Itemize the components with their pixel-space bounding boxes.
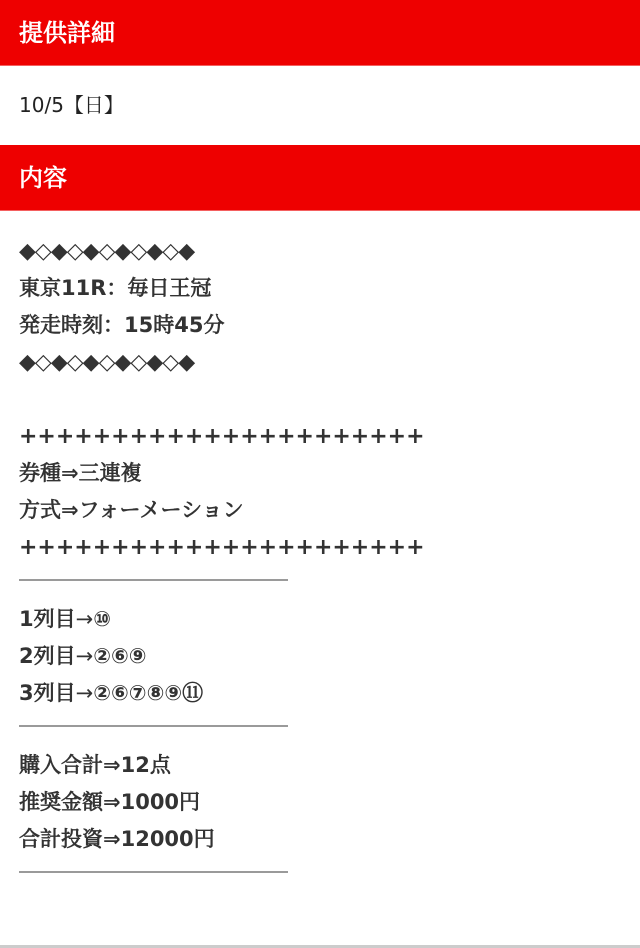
arrow-right-icon: → <box>76 607 94 631</box>
row-picks: ②⑥⑦⑧⑨⑪ <box>93 681 203 705</box>
bet-type: 券種⇒三連複 <box>19 455 640 492</box>
recommended-amount: 推奨金額⇒1000円 <box>19 784 640 821</box>
diamond-divider-top: ◆◇◆◇◆◇◆◇◆◇◆ <box>19 233 640 270</box>
details-header-title: 提供詳細 <box>19 19 115 47</box>
diamond-divider-bottom: ◆◇◆◇◆◇◆◇◆◇◆ <box>19 344 640 381</box>
plus-divider-top: ++++++++++++++++++++++ <box>19 418 640 455</box>
total-investment: 合計投資⇒12000円 <box>19 821 640 858</box>
row-label: 3列目 <box>19 681 76 705</box>
race-name: 東京11R：毎日王冠 <box>19 270 640 307</box>
content-header-title: 内容 <box>19 164 67 192</box>
arrow-right-icon: → <box>76 644 94 668</box>
row-picks: ②⑥⑨ <box>93 644 146 668</box>
date-text: 10/5【日】 <box>19 93 124 117</box>
formation-row-2: 2列目→②⑥⑨ <box>19 638 640 675</box>
spacer <box>19 381 640 418</box>
bet-method: 方式⇒フォーメーション <box>19 492 640 529</box>
row-picks: ⑩ <box>93 607 111 631</box>
formation-row-3: 3列目→②⑥⑦⑧⑨⑪ <box>19 675 640 712</box>
plus-divider-bottom: ++++++++++++++++++++++ <box>19 529 640 566</box>
row-label: 2列目 <box>19 644 76 668</box>
separator-line <box>19 579 288 581</box>
row-label: 1列目 <box>19 607 76 631</box>
arrow-right-icon: → <box>76 681 94 705</box>
details-header: 提供詳細 <box>0 0 640 66</box>
separator-line <box>19 725 288 727</box>
content-header: 内容 <box>0 145 640 211</box>
formation-row-1: 1列目→⑩ <box>19 601 640 638</box>
date-row: 10/5【日】 <box>0 66 640 145</box>
start-time: 発走時刻：15時45分 <box>19 307 640 344</box>
separator-line <box>19 871 288 873</box>
total-points: 購入合計⇒12点 <box>19 747 640 784</box>
content-body: ◆◇◆◇◆◇◆◇◆◇◆ 東京11R：毎日王冠 発走時刻：15時45分 ◆◇◆◇◆… <box>0 211 640 873</box>
